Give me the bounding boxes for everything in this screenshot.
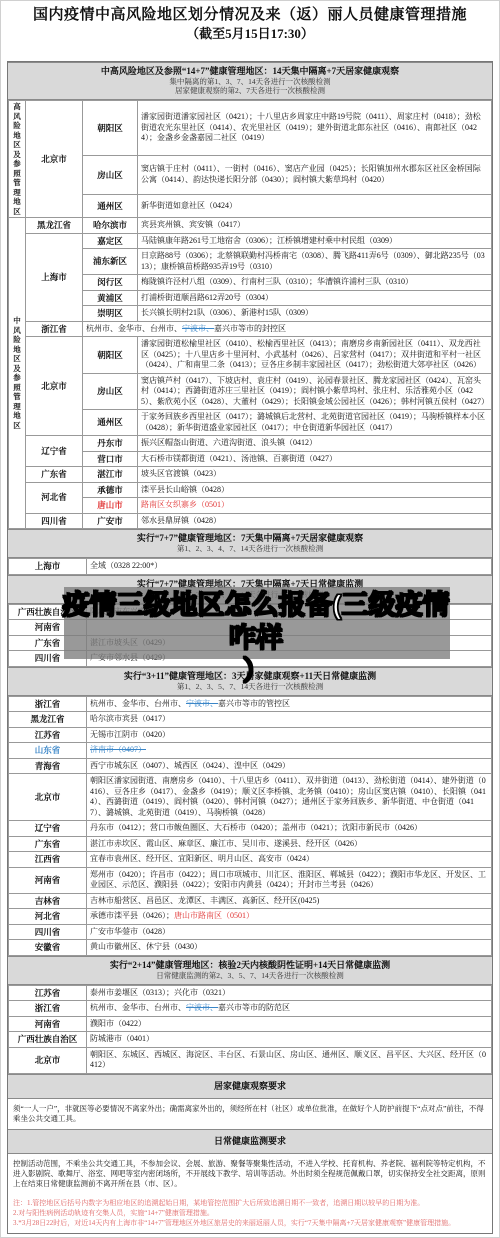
- section-header-subtitle: 日常健康监测的第2、3、5、7、14天各进行一次核酸检测: [10, 971, 490, 980]
- note-line: 2.对与阳性病例活动轨迹有交集人员，实施“14+7”健康管理措施。: [13, 1208, 487, 1218]
- detail-cell: 广安市华蓥市（0428）: [87, 924, 492, 940]
- detail-cell: 哈尔滨市宾县（0417）: [87, 712, 492, 728]
- province-cell: 北京市: [9, 774, 87, 821]
- section-header-title: 实行“2+14”健康管理地区：核验2天内核酸阴性证明+14天日常健康监测: [10, 960, 490, 971]
- province-cell: 江苏省: [9, 985, 87, 1001]
- table-row: 广东省湛江市坡头区官渡镇（0423）: [9, 467, 492, 483]
- detail-cell: 滦平县长山峪镇（0428）: [138, 482, 492, 498]
- detail-cell: 日京路88号（0306）；北蔡镇联勤村冯桥南宅（0308）、腾飞路411弄6号（…: [138, 249, 492, 275]
- province-cell: 黑龙江省: [26, 218, 83, 234]
- province-cell: 四川省: [26, 513, 83, 529]
- detail-cell: 无锡市江阴市（0420）: [87, 727, 492, 743]
- table-row: 上海市嘉定区马陆镇康年路261号工地宿舍（0306）；江桥镇增建村乘中村民组（0…: [9, 233, 492, 249]
- detail-cell: 窦店镇芦村（0417）、下坡店村、袁庄村（0419）、沁园春景社区、腾龙家园社区…: [138, 373, 492, 410]
- province-cell: 吉林省: [9, 893, 87, 909]
- district-cell: 黄浦区: [83, 290, 138, 306]
- detail-cell: 梅陇镇许泾村八组（0309）、行南村三队（0310）；华漕镇许浦村三队（0310…: [138, 275, 492, 291]
- detail-cell: 济南市（0407）: [87, 743, 492, 759]
- district-cell: 房山区: [83, 373, 138, 410]
- watermark-line-1: 疫情三级地区怎么报备(三级疫情咋样: [51, 589, 461, 655]
- province-detail-table: 江苏省泰州市姜堰区（0313）；兴化市（0321）浙江省杭州市、金华市、台州市、…: [8, 985, 492, 1074]
- province-detail-table: 上海市全域（0328 22:00*）: [8, 558, 492, 575]
- detail-cell: 泰州市姜堰区（0313）；兴化市（0321）: [87, 985, 492, 1001]
- text-run: 路南区女织寨乡（0501）: [141, 500, 229, 509]
- province-cell: 上海市: [9, 559, 87, 575]
- district-cell: 广安市: [83, 513, 138, 529]
- detail-cell: 大石桥市镁都街道（0421）、汤池镇、百寨街道（0427）: [138, 451, 492, 467]
- requirement-paragraph: 控制活动范围，不乘坐公共交通工具，不参加会议、会展、旅游、聚餐等聚集性活动，不进…: [8, 1154, 492, 1194]
- text-run: 宁波市、: [186, 1003, 218, 1012]
- detail-cell: 西宁市城东区（0407）、城西区（0424）、湟中区（0429）: [87, 758, 492, 774]
- detail-cell: 路南区女织寨乡（0501）: [138, 498, 492, 514]
- detail-cell: 宜春市袁州区、经开区、宜阳新区、明月山区、高安市（0424）: [87, 852, 492, 868]
- table-row: 辽宁省丹东市（0412）；营口市鲅鱼圈区、大石桥市（0420）；盖州市（0421…: [9, 821, 492, 837]
- detail-cell: 宾县宾州镇、宾安镇（0417）: [138, 218, 492, 234]
- detail-cell: 黄山市徽州区、休宁县（0430）: [87, 940, 492, 956]
- detail-cell: 全域（0328 22:00*）: [87, 559, 492, 575]
- detail-cell: 朝阳区、东城区、西城区、海淀区、丰台区、石景山区、房山区、通州区、顺义区、昌平区…: [87, 1047, 492, 1073]
- province-cell: 北京市: [26, 101, 83, 218]
- table-row: 江苏省无锡市江阴市（0420）: [9, 727, 492, 743]
- table-row: 高风险地区及参照管理地区北京市朝阳区潘家园街道潘家园社区（0421）；十八里店乡…: [9, 101, 492, 156]
- text-run: 承德市滦平县（0426）；: [90, 911, 174, 920]
- table-row: 河南省濮阳市（0422）: [9, 1016, 492, 1032]
- province-cell: 浙江省: [9, 1001, 87, 1017]
- detail-cell: 打浦桥街道顺昌路612弄20号（0304）: [138, 290, 492, 306]
- detail-cell: 杭州市、金华市、台州市、宁波市、嘉兴市等市的防范区: [87, 1001, 492, 1017]
- detail-cell: 于家务回族乡西里社区（0417）；潞城镇后北营村、北苑街道官园社区（0419）；…: [138, 410, 492, 436]
- text-run: 宁波市、: [182, 324, 214, 333]
- detail-cell: 濮阳市（0422）: [87, 1016, 492, 1032]
- province-cell: 江西省: [9, 852, 87, 868]
- section-header: 日常健康监测要求: [8, 1129, 492, 1154]
- province-cell: 河南省: [9, 867, 87, 893]
- table-row: 辽宁省丹东市振兴区帽盔山街道、六道沟街道、浪头镇（0412）: [9, 436, 492, 452]
- risk-group-table: 高风险地区及参照管理地区北京市朝阳区潘家园街道潘家园社区（0421）；十八里店乡…: [8, 100, 492, 529]
- table-row: 浙江省杭州市、金华市、台州市、宁波市、嘉兴市等市的管控区: [9, 696, 492, 712]
- detail-cell: 邻水县鼎屏镇（0428）: [138, 513, 492, 529]
- detail-cell: 承德市滦平县（0426）；唐山市路南区（0501）: [87, 909, 492, 925]
- table-row: 河北省承德市滦平县长山峪镇（0428）: [9, 482, 492, 498]
- detail-cell: 窦店镇于庄村（0411）、一街村（0416）、窦店产业园（0425）；长阳镇加州…: [138, 155, 492, 194]
- table-row: 黑龙江省哈尔滨市宾县（0417）: [9, 712, 492, 728]
- province-cell: 北京市: [26, 337, 83, 436]
- province-cell: 浙江省: [9, 696, 87, 712]
- text-run: 嘉兴市等市的封控区: [214, 324, 286, 333]
- table-row: 广东省湛江市赤坎区、霞山区、麻章区、廉江市、吴川市、遂溪县、经开区（0426）: [9, 836, 492, 852]
- detail-cell: 长兴镇长明村21队（0306）、新港村15队（0309）: [138, 306, 492, 322]
- province-cell: 河北省: [26, 482, 83, 513]
- section-header: 实行“2+14”健康管理地区：核验2天内核酸阴性证明+14天日常健康监测日常健康…: [8, 956, 492, 985]
- detail-cell: 防城港市（0401）: [87, 1032, 492, 1048]
- section-header-subtitle: 第1、2、3、4、7、14天各进行一次核酸检测: [10, 544, 490, 553]
- section-header-title: 中高风险地区及参照“14+7”健康管理地区：14天集中隔离+7天居家健康观察: [10, 66, 490, 77]
- province-cell: 广西壮族自治区: [9, 1032, 87, 1048]
- district-cell: 朝阳区: [83, 337, 138, 374]
- district-cell: 丹东市: [83, 436, 138, 452]
- table-row: 江苏省泰州市姜堰区（0313）；兴化市（0321）: [9, 985, 492, 1001]
- document-subtitle: （截至5月15日17:30）: [1, 25, 499, 42]
- district-cell: 浦东新区: [83, 249, 138, 275]
- table-row: 河北省承德市滦平县（0426）；唐山市路南区（0501）: [9, 909, 492, 925]
- table-row: 吉林省吉林市船营区、昌邑区、龙潭区、丰满区、高新区、经开区(0425): [9, 893, 492, 909]
- table-row: 青海省西宁市城东区（0407）、城西区（0424）、湟中区（0429）: [9, 758, 492, 774]
- province-cell: 辽宁省: [26, 436, 83, 467]
- detail-cell: 潘家园街道松榆里社区（0410）、松榆西里社区（0413）；南磨房乡南新园社区（…: [138, 337, 492, 374]
- note-line: 注：1.管控地区后括号内数字为相应地区的追溯起始日期，某地管控范围扩大后所致追溯…: [13, 1198, 487, 1208]
- detail-cell: 丹东市（0412）；营口市鲅鱼圈区、大石桥市（0420）；盖州市（0421）；沈…: [87, 821, 492, 837]
- table-row: 四川省广安市邻水县鼎屏镇（0428）: [9, 513, 492, 529]
- table-row: 浙江省杭州市、金华市、台州市、宁波市、嘉兴市等市的防范区: [9, 1001, 492, 1017]
- detail-cell: 振兴区帽盔山街道、六道沟街道、浪头镇（0412）: [138, 436, 492, 452]
- district-cell: 嘉定区: [83, 233, 138, 249]
- detail-cell: 朝阳区潘家园街道、南磨房乡（0410）、十八里店乡（0411）、双井街道（041…: [87, 774, 492, 821]
- table-row: 安徽省黄山市徽州区、休宁县（0430）: [9, 940, 492, 956]
- text-run: 唐山市路南区（0501）: [174, 911, 254, 920]
- text-run: 济南市（0407）: [90, 745, 146, 754]
- table-row: 浙江省杭州市、金华市、台州市、宁波市、嘉兴市等市的封控区: [9, 321, 492, 337]
- province-cell: 广东省: [26, 467, 83, 483]
- district-cell: 承德市: [83, 482, 138, 498]
- district-cell: 通州区: [83, 410, 138, 436]
- province-cell: 辽宁省: [9, 821, 87, 837]
- district-cell: 房山区: [83, 155, 138, 194]
- watermark-line-2: ）: [51, 655, 461, 688]
- detail-cell: 坡头区官渡镇（0423）: [138, 467, 492, 483]
- section-header-subtitle: 居家健康观察的第2、7天各进行一次核酸检测: [10, 86, 490, 95]
- district-cell: 闵行区: [83, 275, 138, 291]
- detail-cell: 马陆镇康年路261号工地宿舍（0306）；江桥镇增建村乘中村民组（0309）: [138, 233, 492, 249]
- table-row: 上海市全域（0328 22:00*）: [9, 559, 492, 575]
- table-row: 北京市朝阳区潘家园街道松榆里社区（0410）、松榆西里社区（0413）；南磨房乡…: [9, 337, 492, 374]
- province-cell: 河南省: [9, 1016, 87, 1032]
- section-header-title: 实行“7+7”健康管理地区：7天集中隔离+7天居家健康观察: [10, 533, 490, 544]
- province-cell: 河北省: [9, 909, 87, 925]
- province-cell: 四川省: [9, 924, 87, 940]
- province-cell: 黑龙江省: [9, 712, 87, 728]
- section-header-title: 日常健康监测要求: [8, 1136, 492, 1147]
- detail-cell: 杭州市、金华市、台州市、宁波市、嘉兴市等市的管控区: [87, 696, 492, 712]
- district-cell: 哈尔滨市: [83, 218, 138, 234]
- province-cell: 浙江省: [26, 321, 83, 337]
- province-cell: 青海省: [9, 758, 87, 774]
- district-cell: 通州区: [83, 194, 138, 217]
- province-cell: 上海市: [26, 233, 83, 321]
- table-row: 江西省宜春市袁州区、经开区、宜阳新区、明月山区、高安市（0424）: [9, 852, 492, 868]
- district-cell: 唐山市: [83, 498, 138, 514]
- risk-level-cell: 高风险地区及参照管理地区: [9, 101, 26, 218]
- detail-cell: 杭州市、金华市、台州市、宁波市、嘉兴市等市的封控区: [83, 321, 492, 337]
- text-run: 杭州市、金华市、台州市、: [90, 1003, 186, 1012]
- detail-cell: 郑州市（0420）；许昌市（0422）；周口市项城市、川汇区、淮阳区、郸城县（0…: [87, 867, 492, 893]
- table-row: 河南省郑州市（0420）；许昌市（0422）；周口市项城市、川汇区、淮阳区、郸城…: [9, 867, 492, 893]
- watermark-text: 疫情三级地区怎么报备(三级疫情咋样 ）: [51, 589, 461, 688]
- district-cell: 营口市: [83, 451, 138, 467]
- section-header: 居家健康观察要求: [8, 1074, 492, 1099]
- province-cell: 安徽省: [9, 940, 87, 956]
- text-run: 嘉兴市等市的防范区: [218, 1003, 290, 1012]
- note-line: 3.*3月28日22时后，对近14天内有上海市非“14+7”管理地区外地区旅居史…: [13, 1218, 487, 1228]
- detail-cell: 新华街道如意社区（0424）: [138, 194, 492, 217]
- table-row: 四川省广安市华蓥市（0428）: [9, 924, 492, 940]
- table-row: 山东省济南市（0407）: [9, 743, 492, 759]
- table-row: 北京市朝阳区、东城区、西城区、海淀区、丰台区、石景山区、房山区、通州区、顺义区、…: [9, 1047, 492, 1073]
- detail-cell: 湛江市赤坎区、霞山区、麻章区、廉江市、吴川市、遂溪县、经开区（0426）: [87, 836, 492, 852]
- table-row: 北京市朝阳区潘家园街道、南磨房乡（0410）、十八里店乡（0411）、双井街道（…: [9, 774, 492, 821]
- text-run: 嘉兴市等市的管控区: [218, 699, 290, 708]
- section-header-subtitle: 集中隔离的第1、3、7、14天各进行一次核酸检测: [10, 77, 490, 86]
- detail-cell: 潘家园街道潘家园社区（0421）；十八里店乡周家庄中路19号院（0411）、周家…: [138, 101, 492, 156]
- document-title: 国内疫情中高风险地区划分情况及来（返）丽人员健康管理措施: [1, 6, 499, 25]
- text-run: 杭州市、金华市、台州市、: [90, 699, 186, 708]
- risk-level-cell: 中风险地区及参照管理地区: [9, 218, 26, 529]
- district-cell: 崇明区: [83, 306, 138, 322]
- district-cell: 湛江市: [83, 467, 138, 483]
- province-cell: 北京市: [9, 1047, 87, 1073]
- requirement-paragraph: 须“一人一户”，非就医等必要情况不离家外出；确需离家外出的，须经所在村（社区）或…: [8, 1099, 492, 1129]
- section-header-title: 居家健康观察要求: [8, 1081, 492, 1092]
- footnotes: 注：1.管控地区后括号内数字为相应地区的追溯起始日期，某地管控范围扩大后所致追溯…: [8, 1194, 492, 1233]
- text-run: 杭州市、金华市、台州市、: [86, 324, 182, 333]
- detail-cell: 吉林市船营区、昌邑区、龙潭区、丰满区、高新区、经开区(0425): [87, 893, 492, 909]
- section-header: 中高风险地区及参照“14+7”健康管理地区：14天集中隔离+7天居家健康观察集中…: [8, 62, 492, 100]
- table-row: 广西壮族自治区防城港市（0401）: [9, 1032, 492, 1048]
- section-header: 实行“7+7”健康管理地区：7天集中隔离+7天居家健康观察第1、2、3、4、7、…: [8, 529, 492, 558]
- province-cell: 江苏省: [9, 727, 87, 743]
- district-cell: 朝阳区: [83, 101, 138, 156]
- province-detail-table: 浙江省杭州市、金华市、台州市、宁波市、嘉兴市等市的管控区黑龙江省哈尔滨市宾县（0…: [8, 696, 492, 956]
- text-run: 宁波市、: [186, 699, 218, 708]
- table-row: 中风险地区及参照管理地区黑龙江省哈尔滨市宾县宾州镇、宾安镇（0417）: [9, 218, 492, 234]
- document-page: 国内疫情中高风险地区划分情况及来（返）丽人员健康管理措施 （截至5月15日17:…: [0, 0, 500, 1238]
- province-cell: 山东省: [9, 743, 87, 759]
- province-cell: 广东省: [9, 836, 87, 852]
